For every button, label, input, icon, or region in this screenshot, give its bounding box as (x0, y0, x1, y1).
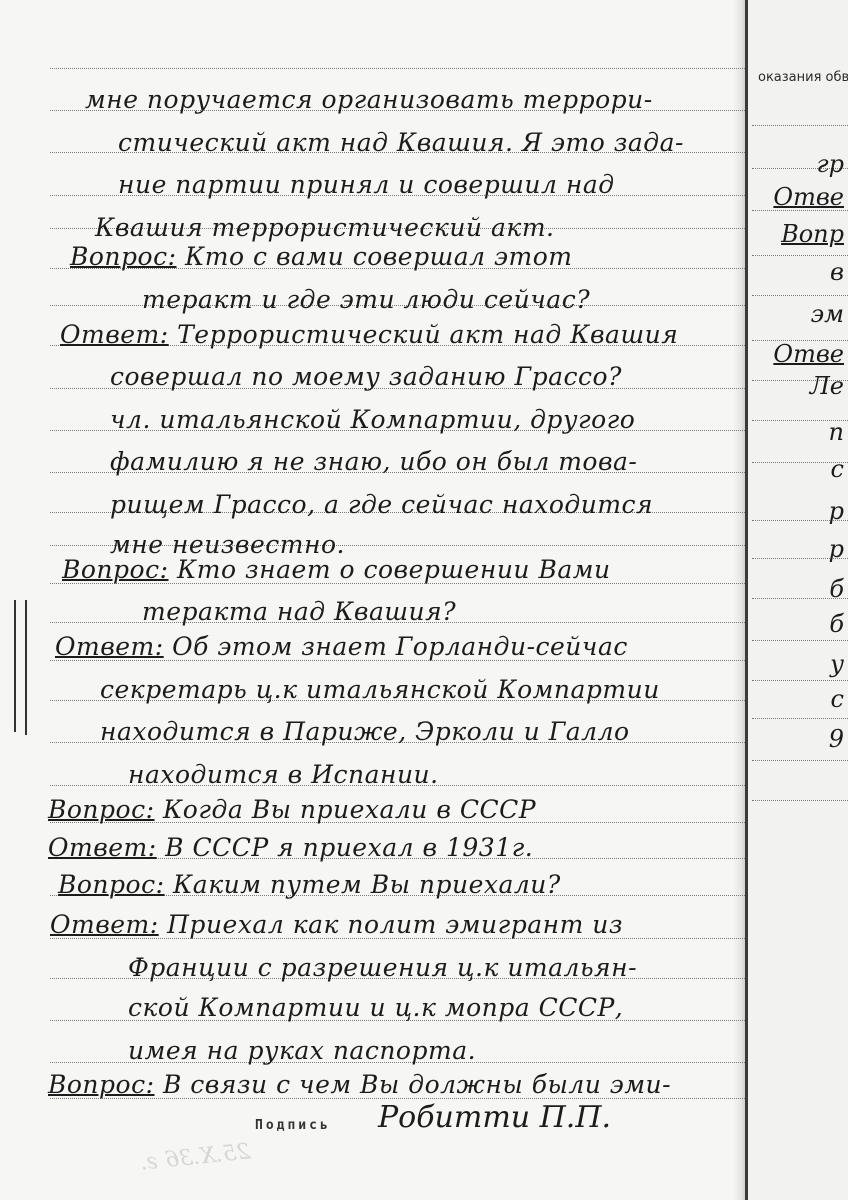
adjacent-text-fragment: Отве (773, 340, 844, 368)
text-line: стический акт над Квашия. Я это зада- (118, 128, 684, 157)
speaker-label: Ответ: (48, 833, 157, 862)
speaker-label: Ответ: (55, 632, 164, 661)
text-line: Вопрос: В связи с чем Вы должны были эми… (48, 1070, 671, 1099)
text-line: мне поручается организовать террори- (85, 85, 653, 114)
text-line: секретарь ц.к итальянской Компартии (100, 675, 660, 704)
line-text: В СССР я приехал в 1931г. (157, 833, 534, 862)
line-text: чл. итальянской Компартии, другого (110, 405, 635, 434)
adjacent-text-fragment: п (829, 418, 844, 446)
line-text: фамилию я не знаю, ибо он был това- (110, 447, 637, 476)
line-text: ние партии принял и совершил над (118, 170, 615, 199)
line-text: рищем Грассо, а где сейчас находится (110, 490, 653, 519)
text-line: Ответ: Приехал как полит эмигрант из (50, 910, 623, 939)
line-text: Кто с вами совершал этот (177, 242, 573, 271)
line-text: находится в Испании. (128, 760, 439, 789)
line-text: Кто знает о совершении Вами (169, 555, 611, 584)
text-line: находится в Испании. (128, 760, 439, 789)
ruled-line (752, 640, 848, 641)
text-line: Вопрос: Кто знает о совершении Вами (62, 555, 611, 584)
speaker-label: Вопрос: (48, 795, 155, 824)
speaker-label: Ответ: (50, 910, 159, 939)
adjacent-text-fragment: гр (817, 150, 845, 178)
adjacent-text-fragment: с (831, 455, 844, 483)
text-line: рищем Грассо, а где сейчас находится (110, 490, 653, 519)
text-line: Франции с разрешения ц.к итальян- (128, 953, 637, 982)
ruled-line (752, 680, 848, 681)
adjacent-text-fragment: Вопр (781, 220, 844, 248)
text-line: теракт и где эти люди сейчас? (142, 285, 590, 314)
signature-label: Подпись (255, 1118, 331, 1133)
text-line: фамилию я не знаю, ибо он был това- (110, 447, 637, 476)
ruled-line (752, 760, 848, 761)
line-text: Приехал как полит эмигрант из (159, 910, 623, 939)
line-text: Когда Вы приехали в СССР (155, 795, 537, 824)
speaker-label: Вопрос: (58, 870, 165, 899)
line-text: Террористический акт над Квашия (169, 320, 679, 349)
margin-mark-right (25, 600, 27, 735)
line-text: мне поручается организовать террори- (85, 85, 653, 114)
adjacent-text-fragment: с (831, 685, 844, 713)
text-line: Ответ: В СССР я приехал в 1931г. (48, 833, 533, 862)
adjacent-text-fragment: эм (811, 300, 844, 328)
text-line: Вопрос: Кто с вами совершал этот (70, 242, 573, 271)
text-line: ской Компартии и ц.к мопра СССР, (128, 993, 623, 1022)
line-text: теракт и где эти люди сейчас? (142, 285, 590, 314)
ruled-line (752, 718, 848, 719)
speaker-label: Вопрос: (48, 1070, 155, 1099)
adjacent-text-fragment: у (830, 650, 844, 678)
adjacent-text-fragment: б (829, 575, 844, 603)
adjacent-text-fragment: Отве (773, 183, 844, 211)
speaker-label: Вопрос: (70, 242, 177, 271)
line-text: ской Компартии и ц.к мопра СССР, (128, 993, 623, 1022)
adjacent-text-fragment: 9 (829, 725, 844, 753)
adjacent-text-fragment: в (830, 258, 844, 286)
line-text: В связи с чем Вы должны были эми- (155, 1070, 672, 1099)
adjacent-text-fragment: б (829, 610, 844, 638)
line-text: совершал по моему заданию Грассо? (110, 362, 622, 391)
text-line: совершал по моему заданию Грассо? (110, 362, 622, 391)
line-text: теракта над Квашия? (142, 597, 456, 626)
text-line: Ответ: Об этом знает Горланди-сейчас (55, 632, 628, 661)
line-text: Квашия террористический акт. (95, 213, 554, 242)
text-line: Вопрос: Когда Вы приехали в СССР (48, 795, 536, 824)
line-text: находится в Париже, Эрколи и Галло (100, 717, 630, 746)
line-text: секретарь ц.к итальянской Компартии (100, 675, 660, 704)
signature: Робитти П.П. (378, 1100, 611, 1135)
line-text: стический акт над Квашия. Я это зада- (118, 128, 684, 157)
text-line: находится в Париже, Эрколи и Галло (100, 717, 630, 746)
text-line: Ответ: Террористический акт над Квашия (60, 320, 678, 349)
text-line: ние партии принял и совершил над (118, 170, 615, 199)
line-text: имея на руках паспорта. (128, 1036, 476, 1065)
text-line: имея на руках паспорта. (128, 1036, 476, 1065)
line-text: Каким путем Вы приехали? (165, 870, 561, 899)
text-line: Вопрос: Каким путем Вы приехали? (58, 870, 561, 899)
speaker-label: Ответ: (60, 320, 169, 349)
ruled-line (50, 68, 745, 69)
ruled-line (752, 255, 848, 256)
text-line: теракта над Квашия? (142, 597, 456, 626)
adjacent-page-header: оказания обв (758, 70, 848, 85)
adjacent-text-fragment: р (829, 535, 844, 563)
speaker-label: Вопрос: (62, 555, 169, 584)
ruled-line (752, 800, 848, 801)
ruled-line (752, 295, 848, 296)
text-line: чл. итальянской Компартии, другого (110, 405, 635, 434)
text-line: Квашия террористический акт. (95, 213, 554, 242)
margin-mark-left (14, 600, 16, 732)
line-text: Об этом знает Горланди-сейчас (164, 632, 628, 661)
adjacent-text-fragment: р (829, 497, 844, 525)
ruled-line (752, 125, 848, 126)
adjacent-text-fragment: Ле (810, 372, 844, 400)
line-text: Франции с разрешения ц.к итальян- (128, 953, 637, 982)
